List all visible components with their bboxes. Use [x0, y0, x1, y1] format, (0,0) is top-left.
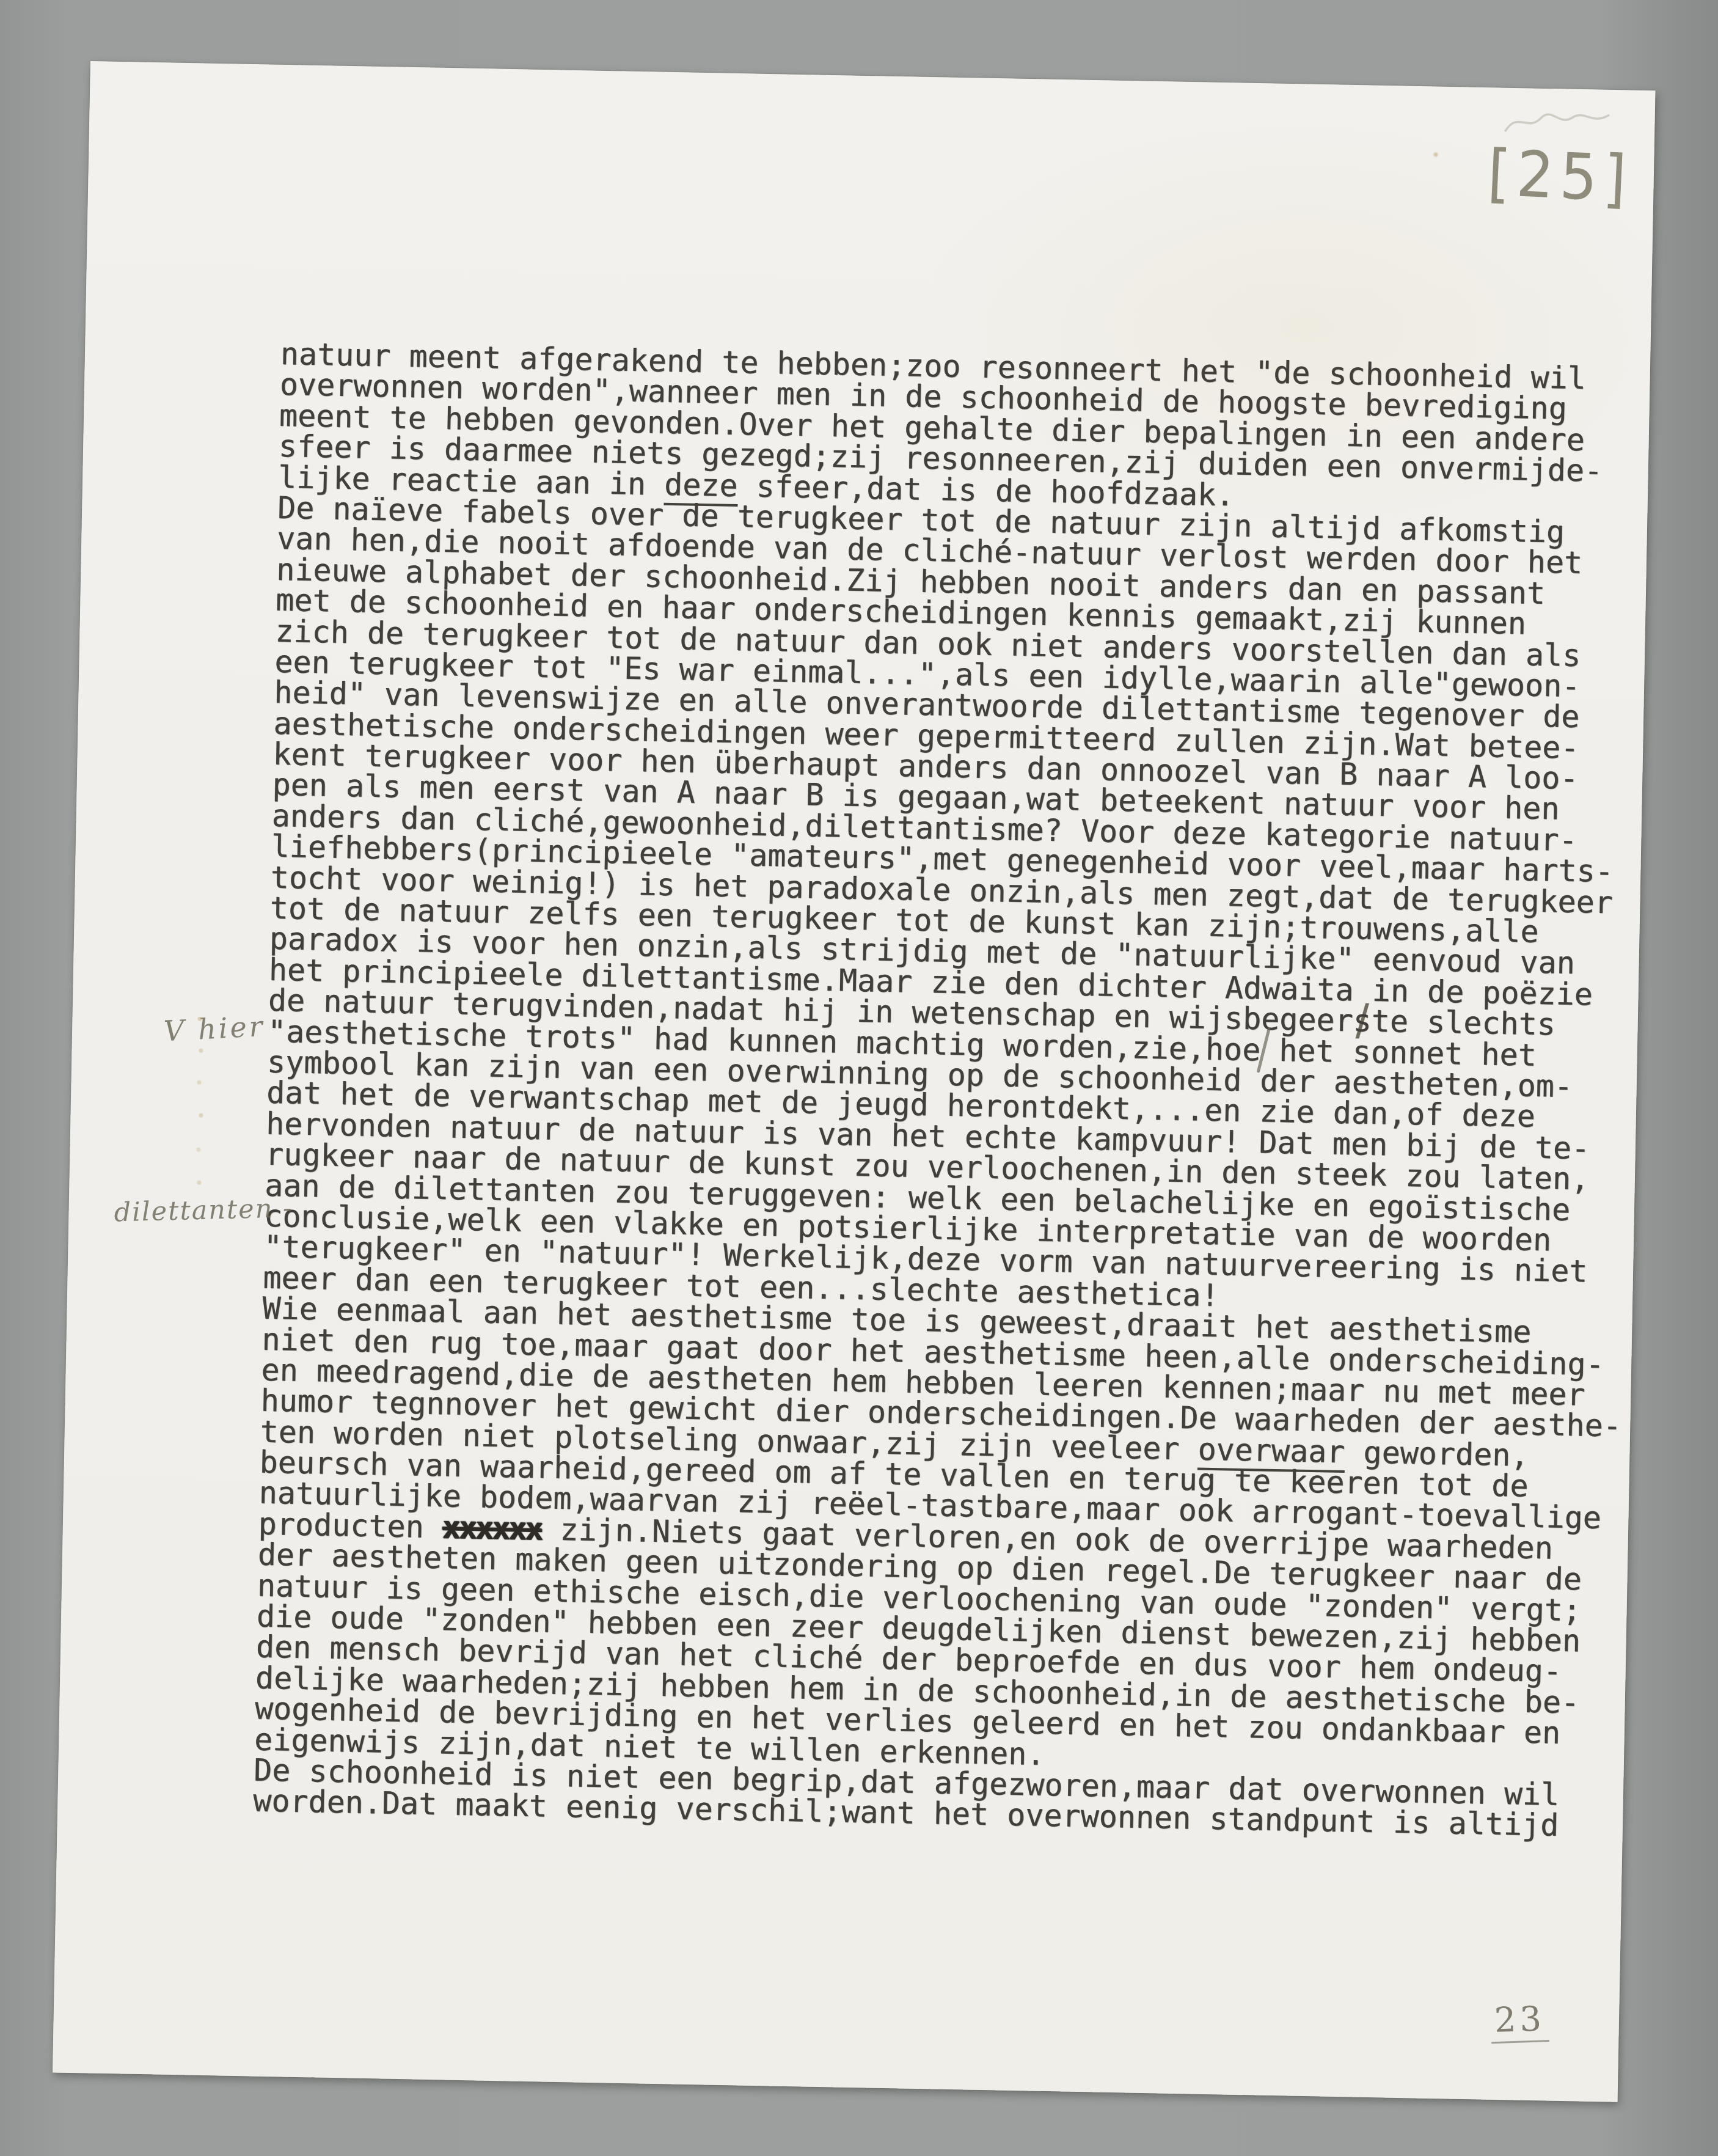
typescript-page: [25] natuur meent afgerakend te hebben;z… — [53, 61, 1656, 2102]
scan-background: [25] natuur meent afgerakend te hebben;z… — [0, 0, 1718, 2156]
typed-text: natuur meent afgerakend te hebben;zoo re… — [253, 339, 1652, 1843]
page-label-pencil: [25] — [1486, 136, 1655, 219]
page-number-bottom: 23 — [1490, 1999, 1550, 2044]
margin-note-hier: V hier — [163, 1010, 266, 1047]
margin-note-dilettanten: dilettanten - — [114, 1193, 293, 1228]
pencil-scribble-mark — [1501, 99, 1617, 144]
